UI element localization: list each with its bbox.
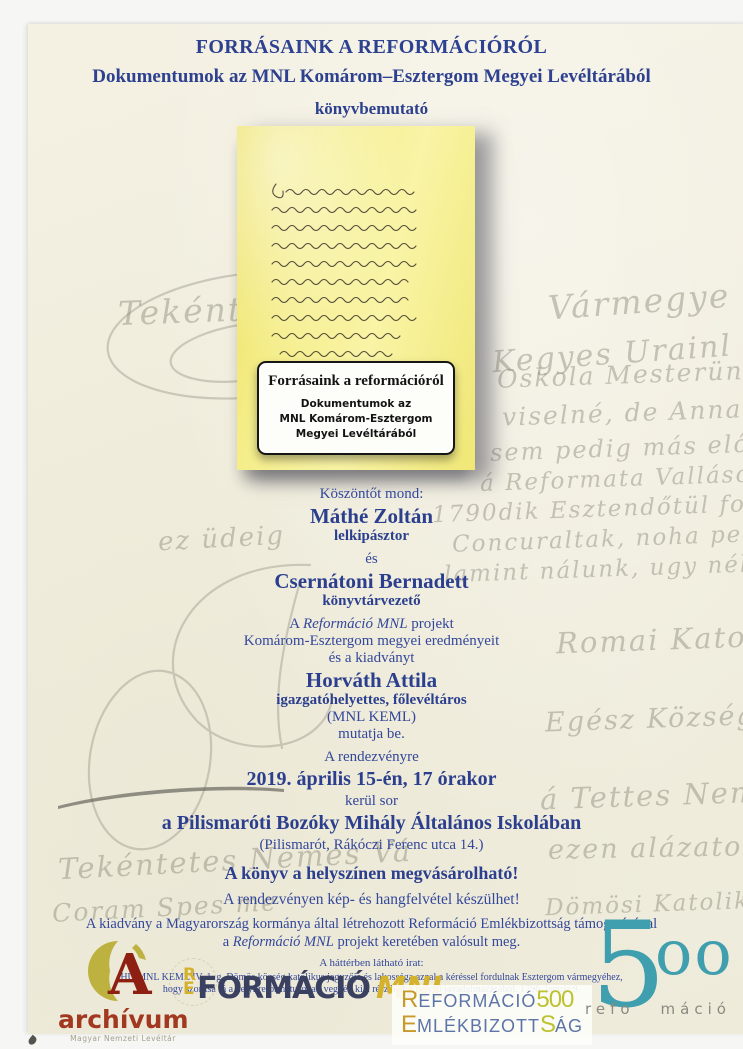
project-line1: A Reformáció MNL projekt	[0, 616, 743, 633]
speaker1-role: lelkipásztor	[0, 527, 743, 545]
event-address: (Pilismarót, Rákóczi Ferenc utca 14.)	[0, 837, 743, 854]
reformacio-mnl-re-block: R E	[183, 968, 196, 996]
handwriting-fragment: sem pedig más előll	[490, 429, 743, 467]
ref500-text-right: máció	[661, 1000, 731, 1018]
event-intro: A rendezvényre	[0, 749, 743, 766]
event-venue: a Pilismaróti Bozóky Mihály Általános Is…	[0, 812, 743, 835]
emlek-s: S	[540, 1011, 555, 1038]
emlekbizottsag-line1: REFORMÁCIÓ500	[401, 989, 583, 1014]
book-subtitle-line: Megyei Levéltárából	[263, 427, 449, 442]
ref500-wordmark: refo máció	[585, 1000, 740, 1018]
emlek-line2-end: ÁG	[555, 1016, 583, 1036]
support-project-italic: Reformáció MNL	[233, 934, 334, 950]
emlek-line2-rest: MLÉKBIZOTT	[417, 1016, 540, 1036]
emlekbizottsag-logo: REFORMÁCIÓ500 EMLÉKBIZOTTSÁG	[392, 985, 592, 1045]
poster-subtitle: Dokumentumok az MNL Komárom–Esztergom Me…	[0, 66, 743, 88]
reformacio-mnl-word: FORMÁCIÓ	[197, 972, 370, 1006]
poster-title: FORRÁSAINK A REFORMÁCIÓRÓL	[0, 36, 743, 59]
emlek-line1-rest: EFORMÁCIÓ	[418, 991, 536, 1011]
re-letter-e: E	[183, 982, 196, 996]
presenter-org: (MNL KEML)	[0, 709, 743, 726]
project-prefix: A	[289, 616, 303, 632]
presents-line: mutatja be.	[0, 726, 743, 743]
re-letter-r: R	[183, 968, 196, 982]
event-datetime: 2019. április 15-én, 17 órakor	[0, 768, 743, 791]
handwriting-fragment: Vármegye	[547, 276, 732, 328]
archivum-a-icon: A	[84, 938, 162, 1004]
greeting-intro: Köszöntőt mond:	[0, 486, 743, 503]
archivum-subtitle: Magyar Nemzeti Levéltár	[58, 1034, 188, 1043]
event-type: könyvbemutató	[0, 99, 743, 119]
conjunction: és	[0, 551, 743, 568]
reformacio-500-logo: 5 oo refo máció	[585, 922, 740, 1044]
speaker2-name: Csernátoni Bernadett	[0, 570, 743, 592]
handwriting-fragment: viselné, de Annak,	[502, 393, 743, 431]
manuscript-handwriting	[256, 182, 456, 367]
project-suffix: projekt	[408, 616, 454, 632]
speaker1-name: Máthé Zoltán	[0, 505, 743, 527]
ref500-oo: oo	[655, 922, 734, 984]
ref500-text-left: refo	[585, 1000, 635, 1018]
poster-header: FORRÁSAINK A REFORMÁCIÓRÓL Dokumentumok …	[0, 36, 743, 119]
book-cover-image: Forrásaink a reformációról Dokumentumok …	[237, 126, 475, 470]
ref500-text-gap	[635, 1000, 661, 1018]
support-prefix: a	[223, 934, 233, 950]
emlek-initial-r: R	[401, 986, 418, 1013]
support-suffix: projekt keretében valósult meg.	[334, 934, 520, 950]
project-line2: Komárom-Esztergom megyei eredményeit	[0, 633, 743, 650]
archivum-wordmark: archívum	[58, 1005, 188, 1034]
book-cover-label: Forrásaink a reformációról Dokumentumok …	[257, 361, 455, 455]
book-subtitle-line: Dokumentumok az	[263, 397, 449, 412]
purchase-note: A könyv a helyszínen megvásárolható!	[0, 862, 743, 884]
speaker2-role: könyvtárvezető	[0, 592, 743, 610]
book-subtitle-line: MNL Komárom-Esztergom	[263, 412, 449, 427]
presenter-role: igazgatóhelyettes, főlevéltáros	[0, 691, 743, 709]
project-line3: és a kiadványt	[0, 650, 743, 667]
book-title: Forrásaink a reformációról	[263, 373, 449, 390]
presenter-name: Horváth Attila	[0, 669, 743, 691]
svg-text:A: A	[107, 942, 153, 1004]
emlek-500: 500	[536, 986, 573, 1013]
archivum-logo: A archívum Magyar Nemzeti Levéltár	[58, 938, 188, 1043]
emlekbizottsag-line2: EMLÉKBIZOTTSÁG	[401, 1014, 583, 1039]
event-takes-place: kerül sor	[0, 793, 743, 810]
project-name-italic: Reformáció MNL	[303, 616, 408, 632]
emlek-initial-e: E	[401, 1011, 417, 1038]
